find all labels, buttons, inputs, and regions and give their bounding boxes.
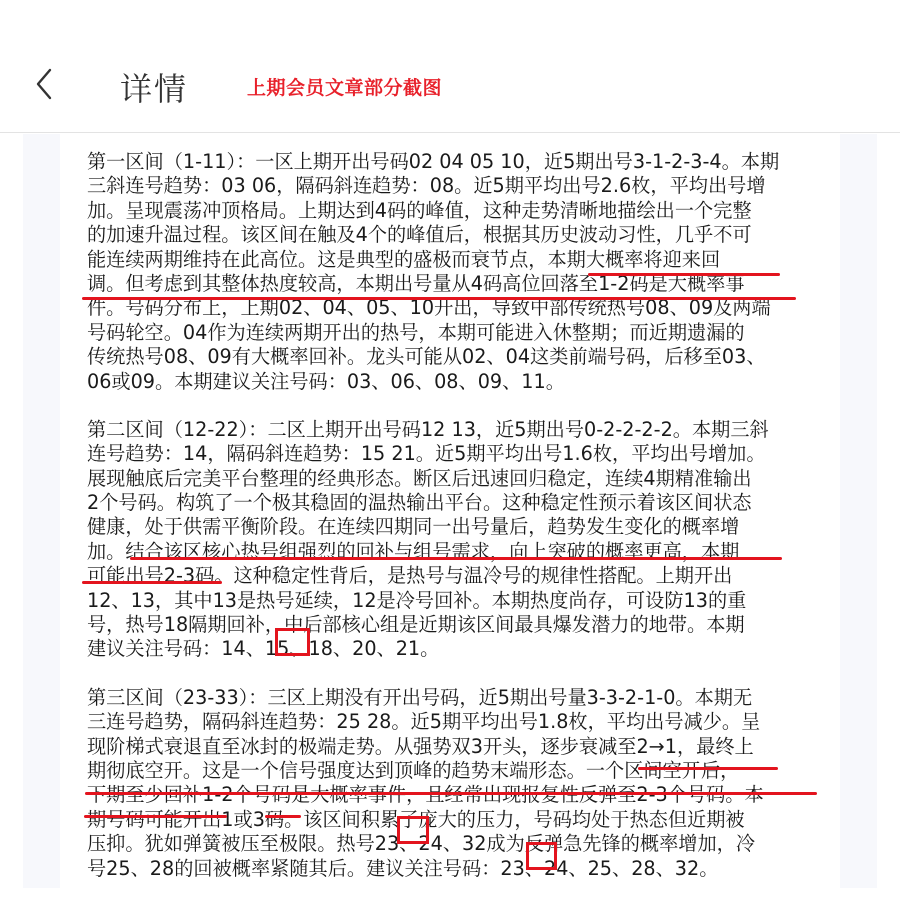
text-line: 号码轮空。04作为连续两期开出的热号，本期可能进入休整期；而近期遗漏的	[87, 321, 812, 345]
text-line: 压抑。犹如弹簧被压至极限。热号23、24、32成为反弹急先锋的概率增加，冷	[87, 832, 812, 856]
text-line: 传统热号08、09有大概率回补。龙头可能从02、04这类前端号码，后移至03、	[87, 345, 812, 369]
text-line: 连号趋势：14，隔码斜连趋势：15 21。近5期平均出号1.6枚，平均出号增加。	[87, 442, 812, 466]
text-line: 期彻底空开。这是一个信号强度达到顶峰的趋势末端形态。一个区间空开后，	[87, 759, 812, 783]
text-line: 第一区间（1-11）：一区上期开出号码02 04 05 10，近5期出号3-1-…	[87, 150, 812, 174]
zone2-paragraph: 第二区间（12-22）：二区上期开出号码12 13，近5期出号0-2-2-2-2…	[87, 418, 812, 662]
text-line: 06或09。本期建议关注号码：03、06、08、09、11。	[87, 370, 812, 394]
text-line: 加。结合该区核心热号组强烈的回补与组号需求，向上突破的概率更高，本期	[87, 540, 812, 564]
annotation-underline	[638, 767, 778, 770]
left-side-margin	[23, 134, 60, 888]
chevron-left-icon	[30, 66, 60, 102]
annotation-underline	[85, 792, 817, 795]
text-line: 三连号趋势，隔码斜连趋势：25 28。近5期平均出号1.8枚，平均出号减少。呈	[87, 710, 812, 734]
annotation-underline	[82, 297, 796, 300]
text-line: 的加速升温过程。该区间在触及4个的峰值后，根据其历史波动习性，几乎不可	[87, 223, 812, 247]
annotation-underline	[588, 273, 780, 276]
annotation-box	[275, 628, 310, 656]
annotation-underline	[130, 557, 782, 560]
annotation-note: 上期会员文章部分截图	[247, 73, 442, 100]
text-line: 2个号码。构筑了一个极其稳固的温热输出平台。这种稳定性预示着该区间状态	[87, 491, 812, 515]
text-line: 现阶梯式衰退直至冰封的极端走势。从强势双3开头，逐步衰减至2→1，最终上	[87, 735, 812, 759]
zone3-paragraph: 第三区间（23-33）：三区上期没有开出号码，近5期出号量3-3-2-1-0。本…	[87, 686, 812, 881]
text-line: 下期至少回补1-2个号码是大概率事件，且经常出现报复性反弹至2-3个号码。本	[87, 783, 812, 807]
text-line: 号25、28的回被概率紧随其后。建议关注号码：23、24、25、28、32。	[87, 857, 812, 881]
text-line: 三斜连号趋势：03 06，隔码斜连趋势：08。近5期平均出号2.6枚，平均出号增	[87, 174, 812, 198]
annotation-underline	[265, 815, 301, 818]
right-side-margin	[840, 134, 877, 888]
back-button[interactable]	[30, 66, 60, 102]
text-line: 建议关注号码：14、15、18、20、21。	[87, 637, 812, 661]
zone1-paragraph: 第一区间（1-11）：一区上期开出号码02 04 05 10，近5期出号3-1-…	[87, 150, 812, 394]
annotation-underline	[84, 815, 227, 818]
text-line: 12、13，其中13是热号延续，12是冷号回补。本期热度尚存，可设防13的重	[87, 589, 812, 613]
annotation-box	[397, 816, 429, 844]
page-title: 详情	[120, 64, 188, 110]
top-app-bar: 详情 上期会员文章部分截图	[0, 0, 900, 133]
text-line: 展现触底后完美平台整理的经典形态。断区后迅速回归稳定，连续4期精准输出	[87, 467, 812, 491]
text-line: 期号码可能开出1或3码。该区间积累了庞大的压力，号码均处于热态但近期被	[87, 808, 812, 832]
text-line: 第二区间（12-22）：二区上期开出号码12 13，近5期出号0-2-2-2-2…	[87, 418, 812, 442]
text-line: 第三区间（23-33）：三区上期没有开出号码，近5期出号量3-3-2-1-0。本…	[87, 686, 812, 710]
text-line: 能连续两期维持在此高位。这是典型的盛极而衰节点，本期大概率将迎来回	[87, 248, 812, 272]
text-line: 加。呈现震荡冲顶格局。上期达到4码的峰值，这种走势清晰地描绘出一个完整	[87, 199, 812, 223]
text-line: 号，热号18隔期回补，中后部核心组是近期该区间最具爆发潜力的地带。本期	[87, 613, 812, 637]
text-line: 健康，处于供需平衡阶段。在连续四期同一出号量后，趋势发生变化的概率增	[87, 515, 812, 539]
text-line: 可能出号2-3码。这种稳定性背后，是热号与温冷号的规律性搭配。上期开出	[87, 564, 812, 588]
annotation-underline	[82, 581, 222, 584]
annotation-box	[526, 842, 557, 870]
article-body: 第一区间（1-11）：一区上期开出号码02 04 05 10，近5期出号3-1-…	[87, 150, 812, 898]
text-line: 件。号码分布上，上期02、04、05、10开出，导致中部传统热号08、09及两端	[87, 296, 812, 320]
